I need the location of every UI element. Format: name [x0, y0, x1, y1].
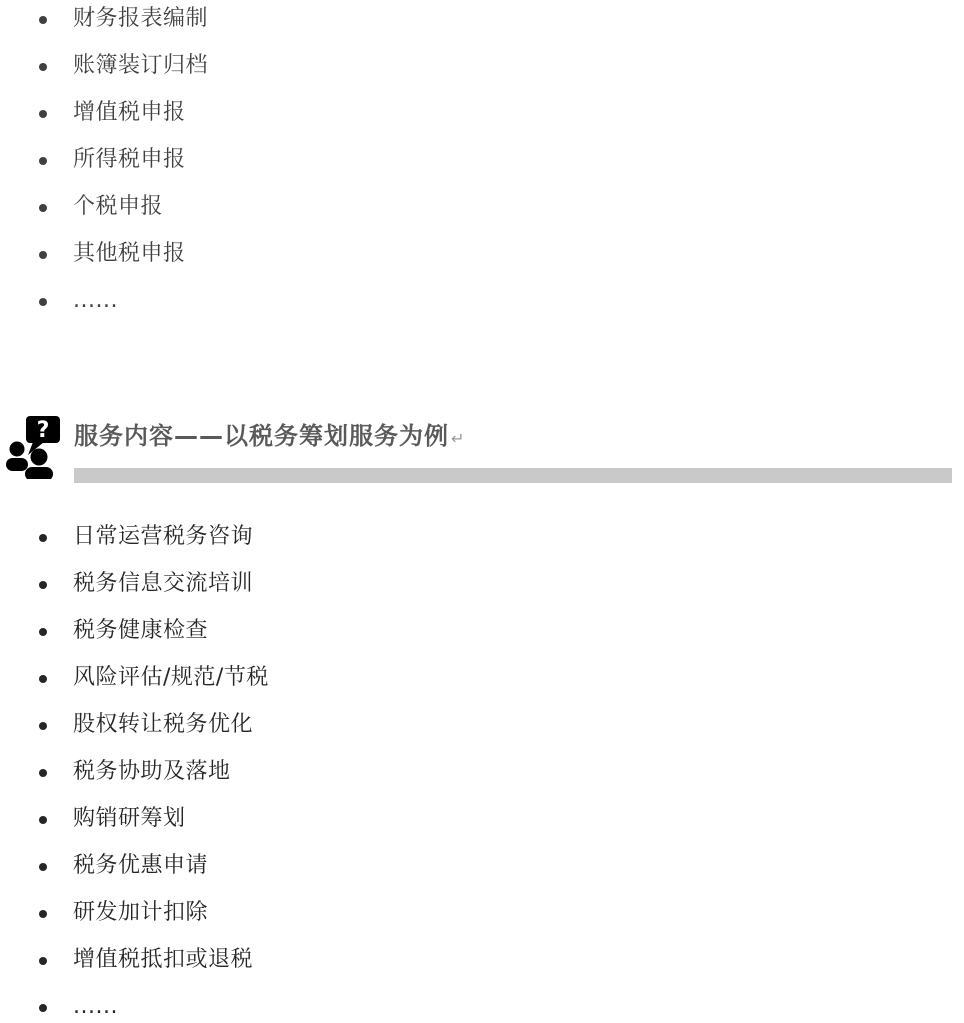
list-item: 账簿装订归档 [0, 43, 964, 90]
bullet-icon [39, 675, 47, 683]
list-item-text: 其他税申报 [73, 242, 186, 266]
list-tax-planning-services: 日常运营税务咨询 税务信息交流培训 税务健康检查 风险评估/规范/节税 股权转让… [0, 514, 964, 1023]
list-item: 所得税申报 [0, 137, 964, 184]
list-item-text: 财务报表编制 [73, 7, 208, 31]
list-item: ...... [0, 278, 964, 325]
heading-underline-bar [74, 468, 952, 483]
list-item-text: 税务协助及落地 [73, 760, 231, 784]
list-item: 税务协助及落地 [0, 749, 964, 796]
people-question-icon: ? [6, 415, 60, 479]
bullet-icon [39, 722, 47, 730]
bullet-icon [39, 16, 47, 24]
list-item-text: 股权转让税务优化 [73, 713, 253, 737]
bullet-icon [39, 110, 47, 118]
list-item-text: ...... [73, 289, 118, 313]
document-page: 财务报表编制 账簿装订归档 增值税申报 所得税申报 个税申报 其他税申报 ...… [0, 0, 964, 1023]
bullet-icon [39, 251, 47, 259]
list-item-text: 税务优惠申请 [73, 854, 208, 878]
list-item-text: 增值税抵扣或退税 [73, 948, 253, 972]
bullet-icon [39, 628, 47, 636]
list-item-text: 个税申报 [73, 195, 163, 219]
list-item-text: 研发加计扣除 [73, 901, 208, 925]
bullet-icon [39, 63, 47, 71]
list-item: 其他税申报 [0, 231, 964, 278]
list-item-text: 增值税申报 [73, 101, 186, 125]
list-item: ...... [0, 984, 964, 1023]
list-item-text: 购销研筹划 [73, 807, 186, 831]
list-item: 增值税申报 [0, 90, 964, 137]
list-item: 税务健康检查 [0, 608, 964, 655]
list-item-text: 风险评估/规范/节税 [73, 666, 269, 690]
bullet-icon [39, 957, 47, 965]
list-item: 个税申报 [0, 184, 964, 231]
bullet-icon [39, 863, 47, 871]
list-item: 税务优惠申请 [0, 843, 964, 890]
list-tax-filing-services: 财务报表编制 账簿装订归档 增值税申报 所得税申报 个税申报 其他税申报 ...… [0, 0, 964, 325]
section-title-text: 服务内容——以税务筹划服务为例 [74, 422, 449, 450]
section-title: 服务内容——以税务筹划服务为例↵ [74, 420, 952, 455]
section-header: ? 服务内容——以税务筹划服务为例↵ [0, 415, 964, 483]
list-item-text: 日常运营税务咨询 [73, 525, 253, 549]
list-item-text: 所得税申报 [73, 148, 186, 172]
list-item: 风险评估/规范/节税 [0, 655, 964, 702]
list-item: 研发加计扣除 [0, 890, 964, 937]
list-item-text: 税务健康检查 [73, 619, 208, 643]
bullet-icon [39, 1004, 47, 1012]
bullet-icon [39, 204, 47, 212]
list-item: 日常运营税务咨询 [0, 514, 964, 561]
bullet-icon [39, 581, 47, 589]
bullet-icon [39, 769, 47, 777]
bullet-icon [39, 157, 47, 165]
list-item: 财务报表编制 [0, 0, 964, 43]
bullet-icon [39, 298, 47, 306]
bullet-icon [39, 534, 47, 542]
bullet-icon [39, 910, 47, 918]
section-header-body: 服务内容——以税务筹划服务为例↵ [74, 415, 952, 483]
list-item-text: 税务信息交流培训 [73, 572, 253, 596]
list-item: 购销研筹划 [0, 796, 964, 843]
list-item: 增值税抵扣或退税 [0, 937, 964, 984]
list-item: 股权转让税务优化 [0, 702, 964, 749]
list-item: 税务信息交流培训 [0, 561, 964, 608]
svg-text:?: ? [37, 418, 50, 443]
list-item-text: ...... [73, 995, 118, 1019]
bullet-icon [39, 816, 47, 824]
list-item-text: 账簿装订归档 [73, 54, 208, 78]
paragraph-return-mark: ↵ [451, 429, 464, 448]
